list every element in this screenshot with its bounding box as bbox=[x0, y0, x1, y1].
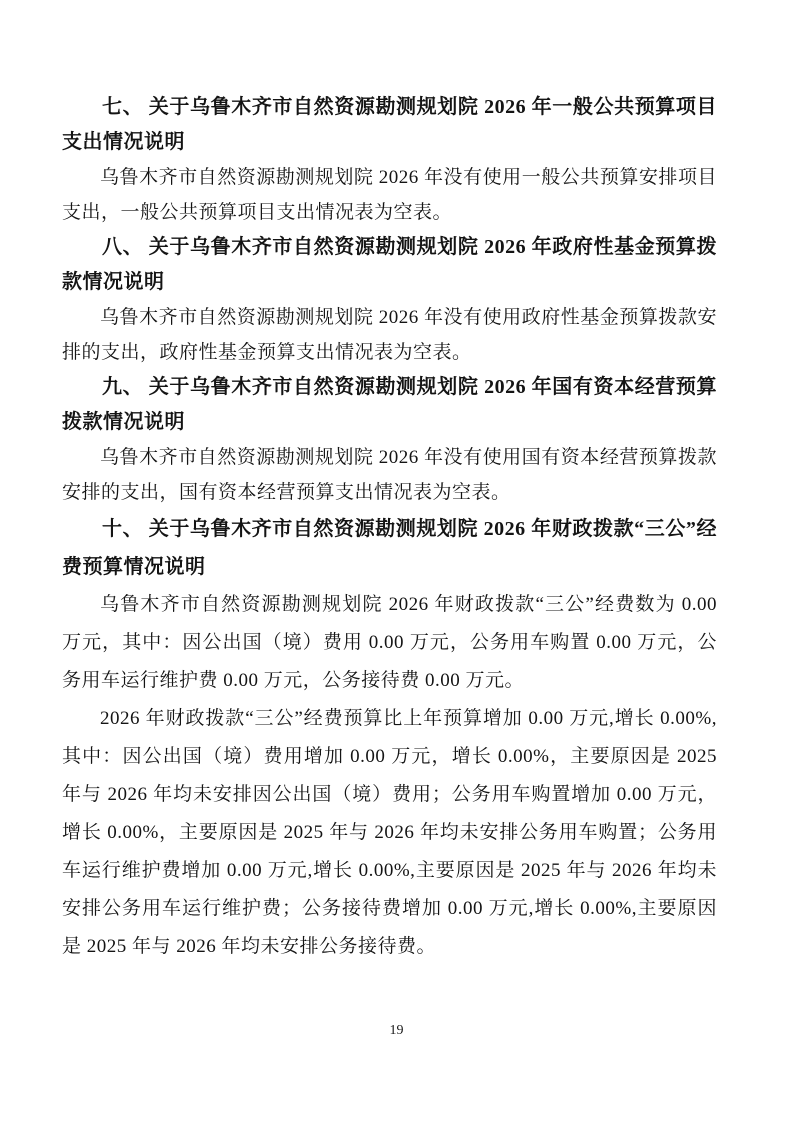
section-nine: 九、 关于乌鲁木齐市自然资源勘测规划院 2026 年国有资本经营预算拨款情况说明… bbox=[62, 370, 717, 510]
section-nine-paragraph: 乌鲁木齐市自然资源勘测规划院 2026 年没有使用国有资本经营预算拨款安排的支出… bbox=[62, 440, 717, 510]
document-page: 七、 关于乌鲁木齐市自然资源勘测规划院 2026 年一般公共预算项目支出情况说明… bbox=[0, 0, 793, 1122]
section-ten-paragraph-2: 2026 年财政拨款“三公”经费预算比上年预算增加 0.00 万元,增长 0.0… bbox=[62, 700, 717, 966]
section-seven-heading: 七、 关于乌鲁木齐市自然资源勘测规划院 2026 年一般公共预算项目支出情况说明 bbox=[62, 90, 717, 160]
section-ten-heading: 十、 关于乌鲁木齐市自然资源勘测规划院 2026 年财政拨款“三公”经费预算情况… bbox=[62, 510, 717, 586]
section-eight-paragraph: 乌鲁木齐市自然资源勘测规划院 2026 年没有使用政府性基金预算拨款安排的支出，… bbox=[62, 300, 717, 370]
page-number: 19 bbox=[0, 1022, 793, 1040]
section-nine-heading: 九、 关于乌鲁木齐市自然资源勘测规划院 2026 年国有资本经营预算拨款情况说明 bbox=[62, 370, 717, 440]
section-seven: 七、 关于乌鲁木齐市自然资源勘测规划院 2026 年一般公共预算项目支出情况说明… bbox=[62, 90, 717, 230]
section-ten: 十、 关于乌鲁木齐市自然资源勘测规划院 2026 年财政拨款“三公”经费预算情况… bbox=[62, 510, 717, 966]
section-eight-heading: 八、 关于乌鲁木齐市自然资源勘测规划院 2026 年政府性基金预算拨款情况说明 bbox=[62, 230, 717, 300]
section-eight: 八、 关于乌鲁木齐市自然资源勘测规划院 2026 年政府性基金预算拨款情况说明 … bbox=[62, 230, 717, 370]
section-seven-paragraph: 乌鲁木齐市自然资源勘测规划院 2026 年没有使用一般公共预算安排项目支出，一般… bbox=[62, 160, 717, 230]
section-ten-paragraph-1: 乌鲁木齐市自然资源勘测规划院 2026 年财政拨款“三公”经费数为 0.00 万… bbox=[62, 586, 717, 700]
page-content: 七、 关于乌鲁木齐市自然资源勘测规划院 2026 年一般公共预算项目支出情况说明… bbox=[62, 90, 717, 966]
